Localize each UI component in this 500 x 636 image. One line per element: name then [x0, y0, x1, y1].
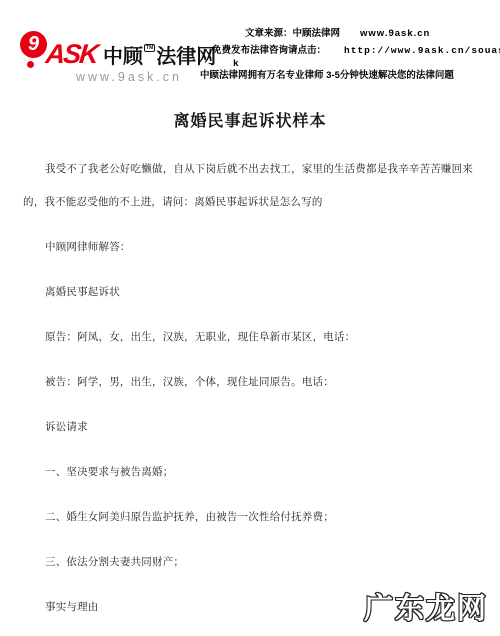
document-paragraph: 中顾网律师解答：: [23, 231, 489, 264]
logo-9-circle: 9: [20, 31, 47, 58]
document-paragraph: 诉讼请求: [23, 411, 489, 444]
consult-link-url: http://www.9ask.cn/souas: [344, 45, 500, 56]
article-source-url: www.9ask.cn: [360, 28, 430, 39]
consult-link-url-wrap: k: [233, 58, 496, 69]
document-paragraph: 原告：阿凤，女，出生，汉族，无职业，现住阜新市某区，电话：: [23, 321, 489, 354]
document-paragraph: 三、依法分割夫妻共同财产；: [23, 546, 489, 579]
header-info: 文章来源：中顾法律网www.9ask.cn 免费发布法律咨询请点击：http:/…: [200, 27, 496, 82]
logo-row: 9 ASK 中顾TM法律网: [20, 31, 210, 69]
watermark-text: 广东龙网: [364, 586, 488, 627]
consult-link-line: 免费发布法律咨询请点击：http://www.9ask.cn/souas: [212, 44, 496, 58]
page-title: 离婚民事起诉状样本: [0, 108, 500, 131]
article-source-label: 文章来源：中顾法律网: [245, 28, 340, 39]
trademark-icon: TM: [144, 44, 155, 52]
logo-brand-name-part1: 中顾: [103, 46, 143, 68]
document-paragraph: 一、坚决要求与被告离婚；: [23, 456, 489, 489]
article-source-line: 文章来源：中顾法律网www.9ask.cn: [245, 27, 496, 41]
site-logo: 9 ASK 中顾TM法律网 www.9ask.cn: [20, 31, 210, 84]
document-paragraph: 被告：阿学，男，出生，汉族，个体，现住址同原告。电话：: [23, 366, 489, 399]
document-paragraph: 我受不了我老公好吃懒做，自从下岗后就不出去找工，家里的生活费都是我辛辛苦苦赚回来…: [23, 153, 489, 219]
document-page: 9 ASK 中顾TM法律网 www.9ask.cn 文章来源：中顾法律网www.…: [0, 0, 500, 636]
question-dot-icon: [27, 61, 34, 68]
question-mark-9-icon: 9: [20, 31, 48, 69]
consult-link-label: 免费发布法律咨询请点击：: [212, 45, 326, 56]
logo-ask-text: ASK: [44, 39, 98, 69]
document-paragraph: 二、婚生女阿美归原告监护抚养，由被告一次性给付抚养费；: [23, 501, 489, 534]
logo-site-url: www.9ask.cn: [76, 70, 210, 84]
document-body: 我受不了我老公好吃懒做，自从下岗后就不出去找工，家里的生活费都是我辛辛苦苦赚回来…: [23, 153, 489, 636]
header-slogan: 中顾法律网拥有万名专业律师 3-5分钟快速解决您的法律问题: [200, 69, 496, 82]
document-paragraph: 离婚民事起诉状: [23, 276, 489, 309]
